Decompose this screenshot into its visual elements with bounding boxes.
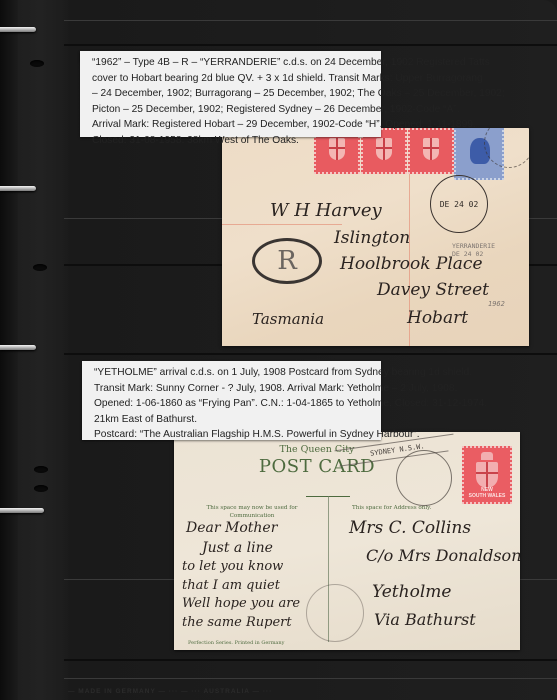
pencil-note: YERRANDERIE DE 24 02 bbox=[452, 242, 495, 258]
registration-oval-mark: R bbox=[252, 238, 322, 284]
message-line: that I am quiet bbox=[182, 578, 280, 593]
address-line: Islington bbox=[334, 228, 410, 248]
message-line: the same Rupert bbox=[182, 615, 292, 630]
stamp-1d-shield: NEW SOUTH WALES bbox=[462, 446, 512, 504]
page-footer-emboss: — MADE IN GERMANY — ··· — ··· AUSTRALIA … bbox=[68, 688, 272, 695]
punch-hole bbox=[34, 485, 48, 492]
punch-hole bbox=[30, 60, 44, 67]
printer-note: Perfection Series. Printed in Germany bbox=[188, 639, 284, 647]
address-line: C/o Mrs Donaldson bbox=[366, 546, 520, 565]
pocket-strip-edge bbox=[64, 659, 557, 661]
address-line: Davey Street bbox=[377, 280, 489, 300]
registration-line bbox=[222, 224, 342, 225]
address-line: Yetholme bbox=[372, 582, 451, 602]
pocket-strip-edge bbox=[64, 353, 557, 355]
album-page: DE 24 02 R W H Harvey Islington Hoolbroo… bbox=[0, 0, 557, 700]
postcard: The Queen City POST CARD This space may … bbox=[174, 432, 520, 650]
pencil-number: 1962 bbox=[488, 300, 505, 308]
address-line: Hobart bbox=[407, 308, 468, 328]
message-line: to let you know bbox=[182, 559, 283, 574]
registered-cover: DE 24 02 R W H Harvey Islington Hoolbroo… bbox=[222, 128, 529, 346]
state-line: Tasmania bbox=[252, 310, 324, 328]
binder-ring bbox=[0, 345, 36, 350]
sydney-postmark bbox=[396, 450, 452, 506]
pocket-strip-edge bbox=[64, 20, 557, 21]
punch-hole bbox=[33, 264, 47, 271]
communication-note: This space may now be used for Communica… bbox=[192, 504, 312, 520]
pocket-strip-edge bbox=[64, 678, 557, 679]
caption-yerranderie: “1962” – Type 4B – R – “YERRANDERIE” c.d… bbox=[80, 51, 381, 137]
message-line: Well hope you are bbox=[182, 596, 300, 611]
punch-hole bbox=[34, 466, 48, 473]
stamp-1d-shield bbox=[408, 128, 454, 174]
binder-ring bbox=[0, 27, 36, 32]
arrival-postmark bbox=[306, 584, 364, 642]
pocket-strip-edge bbox=[64, 44, 557, 46]
address-line: W H Harvey bbox=[270, 200, 382, 221]
binder-ring bbox=[0, 186, 36, 191]
message-line: Just a line bbox=[202, 540, 273, 556]
binder-spine bbox=[0, 0, 18, 700]
address-line: Mrs C. Collins bbox=[349, 518, 471, 538]
caption-yetholme: “YETHOLME” arrival c.d.s. on 1 July, 190… bbox=[82, 361, 381, 440]
yerranderie-cds-postmark: DE 24 02 bbox=[430, 175, 488, 233]
binder-ring bbox=[0, 508, 44, 513]
message-line: Dear Mother bbox=[186, 520, 277, 536]
address-line: Via Bathurst bbox=[374, 610, 476, 629]
